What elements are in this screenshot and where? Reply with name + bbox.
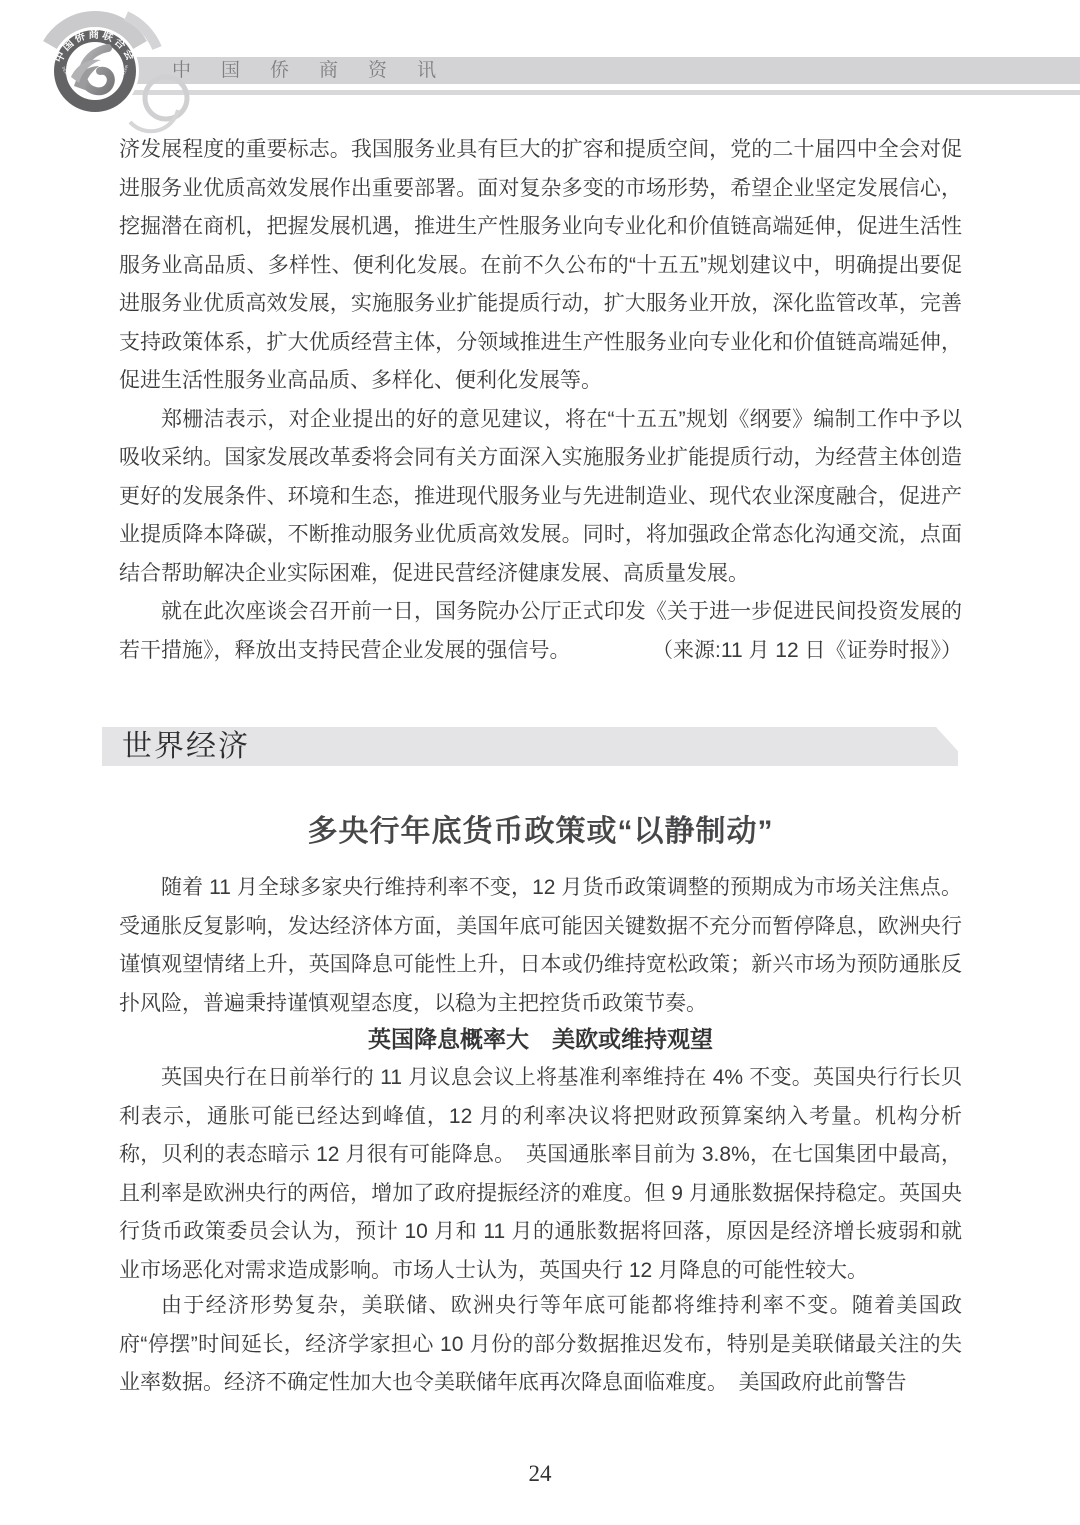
article-subheading: 英国降息概率大 美欧或维持观望 (119, 1020, 962, 1059)
paragraph: 随着 11 月全球多家央行维持利率不变，12 月货币政策调整的预期成为市场关注焦… (119, 869, 962, 1023)
document-page: 中国侨商资讯 (0, 0, 1080, 1525)
source-note: （来源:11 月 12 日《证券时报》） (610, 632, 962, 671)
paragraph: 郑栅洁表示，对企业提出的好的意见建议，将在“十五五”规划《纲要》编制工作中予以吸… (119, 401, 962, 594)
org-logo: 中国侨商联合会 CHINA FEDERATION OF OVERSEAS CHI… (26, 4, 216, 140)
decor-circle (145, 77, 187, 119)
article-body: 英国央行在日前举行的 11 月议息会议上将基准利率维持在 4% 不变。英国央行行… (119, 1059, 962, 1290)
section-title: 世界经济 (102, 727, 958, 767)
masthead-bar: 中国侨商资讯 (112, 57, 1080, 84)
paragraph: 就在此次座谈会召开前一日，国务院办公厅正式印发《关于进一步促进民间投资发展的若干… (119, 593, 962, 670)
paragraph: 济发展程度的重要标志。我国服务业具有巨大的扩容和提质空间，党的二十届四中全会对促… (119, 131, 962, 401)
prev-article-body: 济发展程度的重要标志。我国服务业具有巨大的扩容和提质空间，党的二十届四中全会对促… (119, 131, 962, 670)
masthead-title: 中国侨商资讯 (172, 57, 466, 84)
article-intro: 随着 11 月全球多家央行维持利率不变，12 月货币政策调整的预期成为市场关注焦… (119, 869, 962, 1023)
paragraph: 由于经济形势复杂，美联储、欧洲央行等年底可能都将维持利率不变。随着美国政府“停摆… (119, 1287, 962, 1403)
article-body: 由于经济形势复杂，美联储、欧洲央行等年底可能都将维持利率不变。随着美国政府“停摆… (119, 1287, 962, 1403)
masthead-rule (112, 90, 1080, 95)
article-title: 多央行年底货币政策或“以静制动” (119, 806, 962, 850)
page-number: 24 (0, 1461, 1080, 1487)
paragraph: 英国央行在日前举行的 11 月议息会议上将基准利率维持在 4% 不变。英国央行行… (119, 1059, 962, 1290)
section-header-bar: 世界经济 (102, 727, 958, 766)
